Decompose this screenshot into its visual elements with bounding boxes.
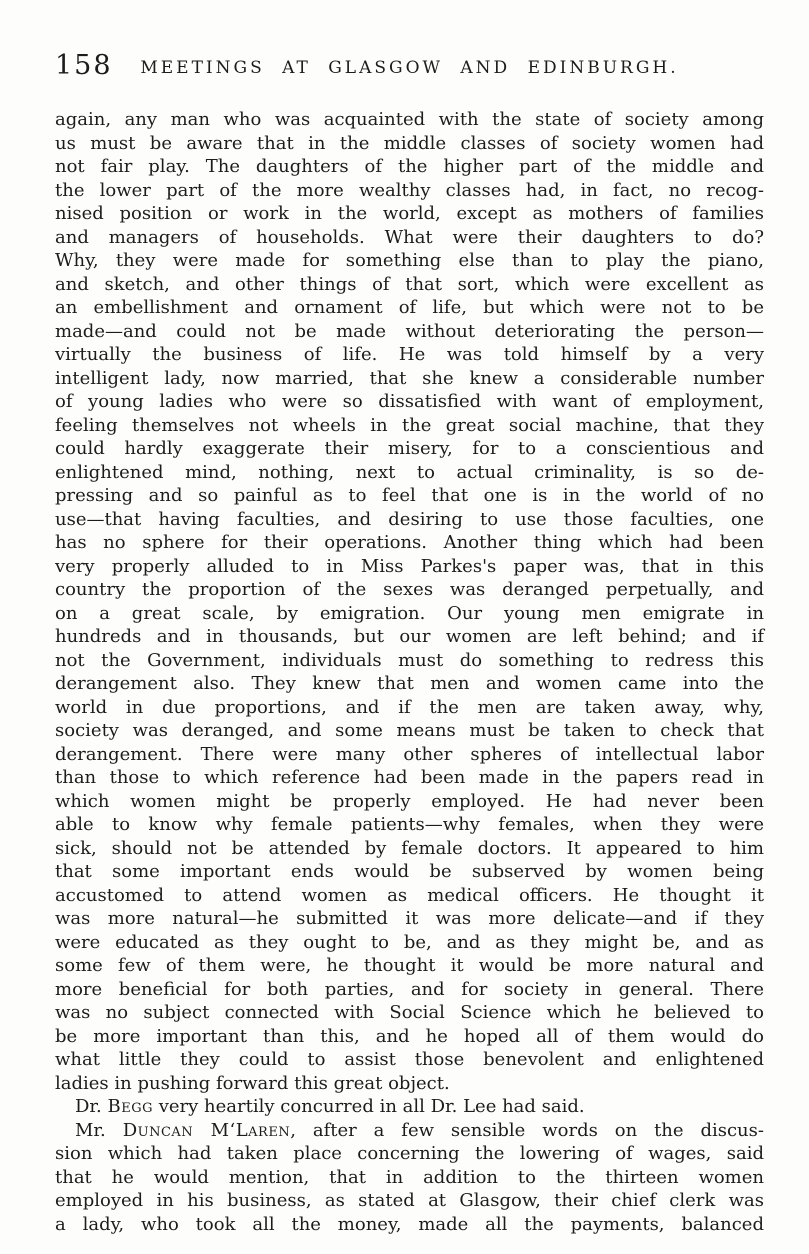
text-line: enlightened mind, nothing, next to actua… (55, 461, 764, 485)
text-line: an embellishment and ornament of life, b… (55, 296, 764, 320)
text-line: us must be aware that in the middle clas… (55, 132, 764, 156)
text-line: pressing and so painful as to feel that … (55, 484, 764, 508)
text-line: derangement. There were many other spher… (55, 743, 764, 767)
text-line: virtually the business of life. He was t… (55, 343, 764, 367)
text-line: nised position or work in the world, exc… (55, 202, 764, 226)
text-line: was no subject connected with Social Sci… (55, 1001, 764, 1025)
text-line: a lady, who took all the money, made all… (55, 1213, 764, 1237)
text-line: world in due proportions, and if the men… (55, 696, 764, 720)
book-page: 158 MEETINGS AT GLASGOW AND EDINBURGH. a… (0, 0, 809, 1254)
text-line: some few of them were, he thought it wou… (55, 954, 764, 978)
text-line: be more important than this, and he hope… (55, 1025, 764, 1049)
speech-text: , after a few sensible words on the disc… (290, 1120, 764, 1141)
text-line: more beneficial for both parties, and fo… (55, 978, 764, 1002)
text-line: sick, should not be attended by female d… (55, 837, 764, 861)
speaker-name: Begg (108, 1096, 154, 1117)
speech-text: very heartily concurred in all Dr. Lee h… (153, 1096, 585, 1117)
text-line: country the proportion of the sexes was … (55, 578, 764, 602)
text-line: again, any man who was acquainted with t… (55, 108, 764, 132)
text-line: and managers of households. What were th… (55, 226, 764, 250)
text-line: could hardly exaggerate their misery, fo… (55, 437, 764, 461)
text-line: Mr. Duncan M‘Laren, after a few sensible… (55, 1119, 764, 1143)
text-line: of young ladies who were so dissatisfied… (55, 390, 764, 414)
text-line: Dr. Begg very heartily concurred in all … (55, 1095, 764, 1119)
page-number: 158 (55, 50, 113, 81)
paragraph-dr-begg: Dr. Begg very heartily concurred in all … (55, 1095, 764, 1119)
speaker-prefix: Dr. (75, 1096, 108, 1117)
text-line: very properly alluded to in Miss Parkes'… (55, 555, 764, 579)
text-line: able to know why female patients—why fem… (55, 813, 764, 837)
text-line: were educated as they ought to be, and a… (55, 931, 764, 955)
paragraph-continuation: again, any man who was acquainted with t… (55, 108, 764, 1095)
text-line: than those to which reference had been m… (55, 766, 764, 790)
text-line: and sketch, and other things of that sor… (55, 273, 764, 297)
text-line: that he would mention, that in addition … (55, 1166, 764, 1190)
text-line: Why, they were made for something else t… (55, 249, 764, 273)
paragraph-mr-mclaren: Mr. Duncan M‘Laren, after a few sensible… (55, 1119, 764, 1237)
text-line: not the Government, individuals must do … (55, 649, 764, 673)
text-line: not fair play. The daughters of the high… (55, 155, 764, 179)
text-line: which women might be properly employed. … (55, 790, 764, 814)
page-header: 158 MEETINGS AT GLASGOW AND EDINBURGH. (55, 52, 764, 86)
text-line: sion which had taken place concerning th… (55, 1142, 764, 1166)
text-line: feeling themselves not wheels in the gre… (55, 414, 764, 438)
text-line: the lower part of the more wealthy class… (55, 179, 764, 203)
text-line: that some important ends would be subser… (55, 860, 764, 884)
text-line: hundreds and in thousands, but our women… (55, 625, 764, 649)
text-line: was more natural—he submitted it was mor… (55, 907, 764, 931)
text-line: society was deranged, and some means mus… (55, 719, 764, 743)
speaker-prefix: Mr. (75, 1120, 123, 1141)
speaker-name: Duncan M‘Laren (123, 1120, 291, 1141)
text-line: ladies in pushing forward this great obj… (55, 1072, 764, 1096)
text-line: use—that having faculties, and desiring … (55, 508, 764, 532)
text-line: has no sphere for their operations. Anot… (55, 531, 764, 555)
text-line: derangement also. They knew that men and… (55, 672, 764, 696)
text-line: intelligent lady, now married, that she … (55, 367, 764, 391)
text-line: accustomed to attend women as medical of… (55, 884, 764, 908)
text-line: employed in his business, as stated at G… (55, 1189, 764, 1213)
text-line: on a great scale, by emigration. Our you… (55, 602, 764, 626)
paragraph-body-lines: sion which had taken place concerning th… (55, 1142, 764, 1236)
text-line: made—and could not be made without deter… (55, 320, 764, 344)
running-head: MEETINGS AT GLASGOW AND EDINBURGH. (55, 52, 764, 78)
text-line: what little they could to assist those b… (55, 1048, 764, 1072)
text-block: again, any man who was acquainted with t… (55, 108, 764, 1236)
